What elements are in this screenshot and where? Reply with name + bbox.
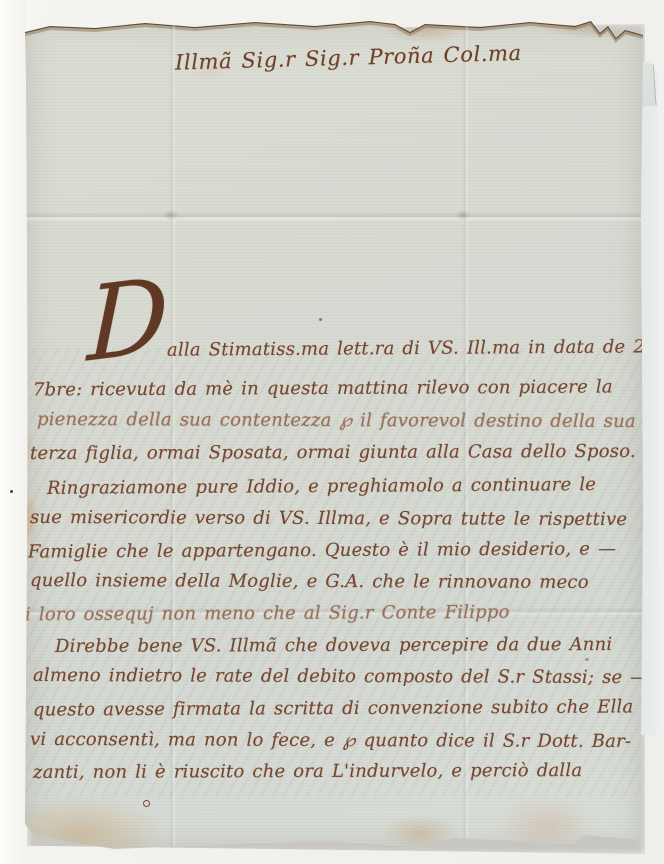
ink-speck bbox=[585, 658, 589, 661]
manuscript-line: i loro ossequj non meno che al Sig.r Con… bbox=[25, 602, 510, 626]
fold-crease-vertical-left bbox=[169, 18, 176, 850]
manuscript-line: 7bre: ricevuta da mè in questa mattina r… bbox=[33, 376, 613, 400]
manuscript-line: Famiglie che le appartengano. Questo è i… bbox=[28, 538, 616, 562]
scan-speck bbox=[10, 490, 13, 493]
manuscript-line: Direbbe bene VS. Illmã che doveva percep… bbox=[55, 634, 612, 657]
crease-crossing-mark bbox=[163, 210, 179, 220]
manuscript-line: alla Stimatiss.ma lett.ra di VS. Ill.ma … bbox=[167, 336, 657, 360]
manuscript-line: vi acconsentì, ma non lo fece, e ℘ quant… bbox=[30, 729, 631, 752]
ink-dot bbox=[143, 800, 150, 807]
manuscript-line: almeno indietro le rate del debito compo… bbox=[33, 665, 649, 688]
scanned-letter-page: { "letter": { "language": "Italian", "co… bbox=[0, 0, 664, 864]
ink-speck bbox=[319, 318, 322, 321]
manuscript-line: zanti, non li è riuscito che ora L'indur… bbox=[33, 760, 582, 783]
edge-stain-fleck bbox=[434, 21, 441, 26]
fold-crease-horizontal-upper bbox=[25, 212, 643, 222]
manuscript-page: Illmã Sig.r Sig.r Proña Col.ma D alla St… bbox=[25, 18, 643, 850]
manuscript-line: Ringraziamone pure Iddio, e preghiamolo … bbox=[47, 474, 596, 499]
torn-top-edge bbox=[25, 18, 643, 44]
crease-crossing-mark bbox=[455, 210, 471, 220]
letter-salutation: Illmã Sig.r Sig.r Proña Col.ma bbox=[175, 41, 506, 74]
manuscript-line: questo avesse firmata la scritta di conv… bbox=[33, 696, 634, 720]
manuscript-line: terza figlia, ormai Sposata, ormai giunt… bbox=[30, 441, 636, 464]
manuscript-line: sue misericordie verso di VS. Illma, e S… bbox=[30, 507, 627, 530]
drop-cap-initial: D bbox=[86, 265, 169, 378]
fold-crease-vertical-right bbox=[462, 18, 469, 850]
manuscript-line: pienezza della sua contentezza ℘ il favo… bbox=[37, 409, 636, 432]
manuscript-line: quello insieme della Moglie, e G.A. che … bbox=[30, 570, 589, 593]
scanner-bed-left-strip bbox=[0, 0, 26, 864]
